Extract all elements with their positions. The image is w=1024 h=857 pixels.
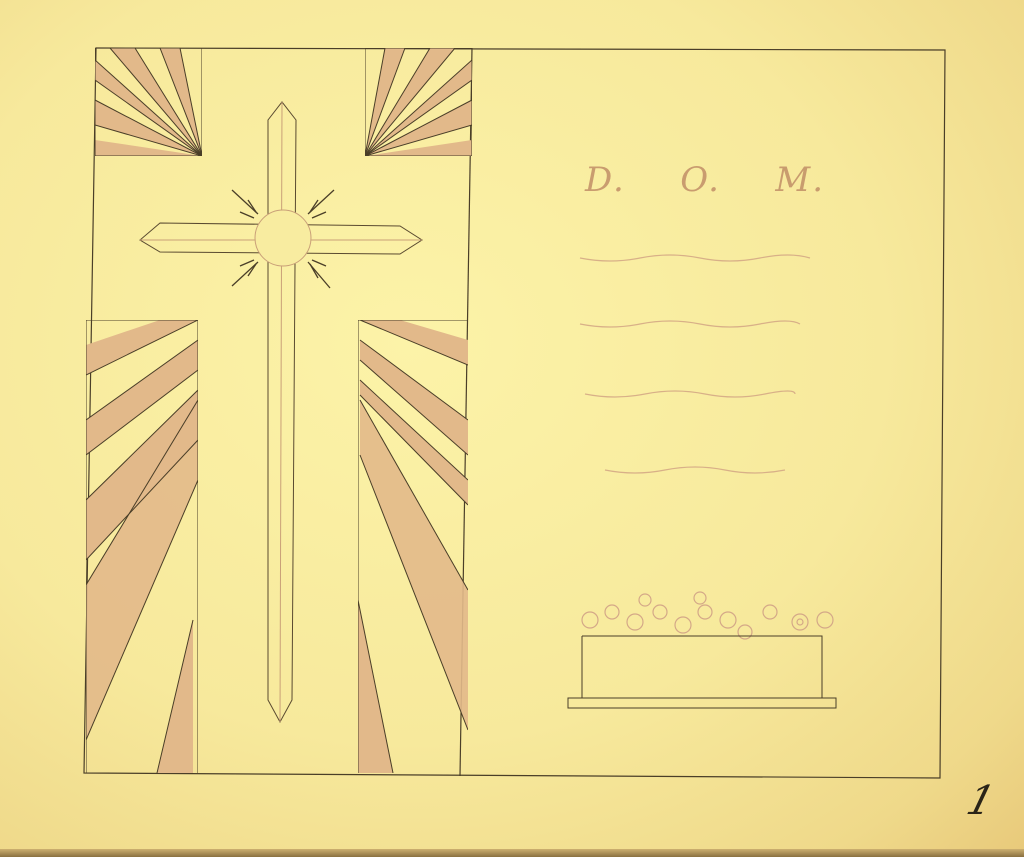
drawing-sheet: D. O. M. 1	[0, 0, 1024, 857]
rays-bottom-right	[358, 320, 468, 773]
monument-drawing	[0, 0, 1024, 857]
inscription-placeholder-lines	[580, 255, 810, 473]
rays-top-left	[95, 48, 202, 156]
rays-bottom-left	[86, 320, 198, 773]
flower-box	[568, 592, 836, 708]
inscription-dom: D. O. M.	[585, 160, 825, 200]
inscription-letter-o: O.	[680, 160, 721, 200]
outer-frame	[84, 48, 945, 778]
rays-top-right	[365, 48, 472, 156]
inscription-letter-d: D.	[585, 160, 626, 200]
inscription-letter-m: M.	[775, 160, 825, 200]
paper-bottom-edge	[0, 849, 1024, 857]
